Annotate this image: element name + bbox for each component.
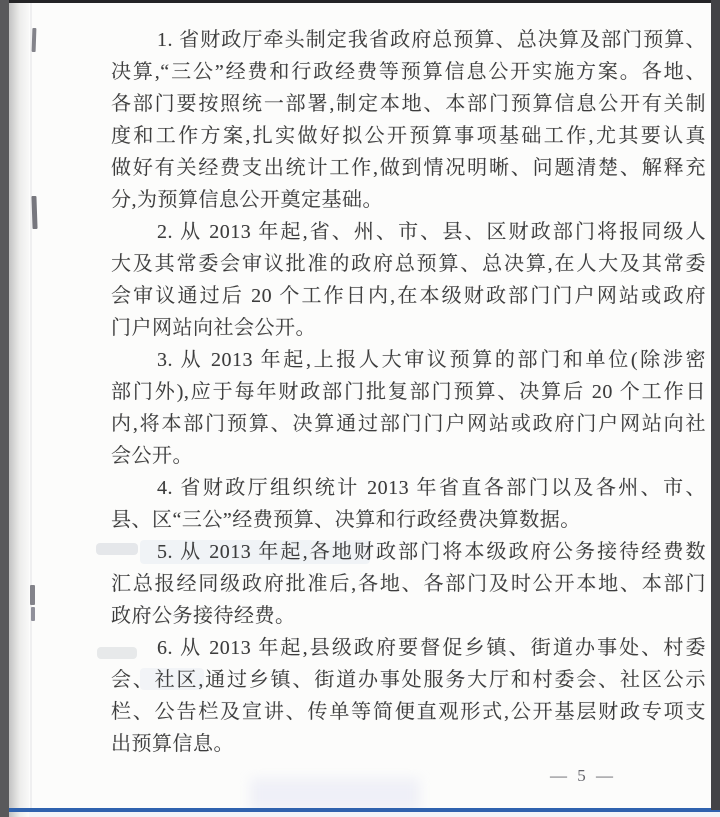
binding-mark bbox=[32, 28, 37, 52]
document-line: 栏、公告栏及宣讲、传单等简便直观形式,公开基层财政专项支 bbox=[111, 696, 706, 728]
page-number: — 5 — bbox=[550, 766, 616, 786]
binding-crease bbox=[30, 0, 32, 817]
document-line: 3. 从 2013 年起,上报人大审议预算的部门和单位(除涉密 bbox=[111, 344, 706, 376]
scan-edge-top bbox=[0, 0, 720, 3]
document-line: 4. 省财政厅组织统计 2013 年省直各部门以及各州、市、 bbox=[111, 472, 706, 504]
scan-edge-right bbox=[711, 0, 720, 810]
document-line: 做好有关经费支出统计工作,做到情况明晰、问题清楚、解释充 bbox=[111, 152, 706, 184]
document-line: 各部门要按照统一部署,制定本地、本部门预算信息公开有关制 bbox=[111, 88, 706, 120]
document-line: 分,为预算信息公开奠定基础。 bbox=[111, 184, 706, 216]
scan-edge-left bbox=[0, 0, 9, 817]
document-line: 内,将本部门预算、决算通过部门门户网站或政府门户网站向社 bbox=[111, 408, 706, 440]
document-line: 会、社区,通过乡镇、街道办事处服务大厅和村委会、社区公示 bbox=[111, 664, 706, 696]
document-line: 出预算信息。 bbox=[111, 728, 706, 760]
document-line: 度和工作方案,扎实做好拟公开预算事项基础工作,尤其要认真 bbox=[111, 120, 706, 152]
scan-smudge bbox=[250, 778, 420, 812]
binding-mark bbox=[31, 196, 37, 229]
document-line: 汇总报经同级政府批准后,各地、各部门及时公开本地、本部门 bbox=[111, 568, 706, 600]
document-line: 会公开。 bbox=[111, 440, 706, 472]
document-line: 县、区“三公”经费预算、决算和行政经费决算数据。 bbox=[111, 504, 706, 536]
window-bottom-gap bbox=[0, 812, 720, 817]
document-line: 1. 省财政厅牵头制定我省政府总预算、总决算及部门预算、 bbox=[111, 24, 706, 56]
document-line: 大及其常委会审议批准的政府总预算、总决算,在人大及其常委 bbox=[111, 248, 706, 280]
document-line: 部门外),应于每年财政部门批复部门预算、决算后 20 个工作日 bbox=[111, 376, 706, 408]
document-text: 1. 省财政厅牵头制定我省政府总预算、总决算及部门预算、 决算,“三公”经费和行… bbox=[111, 24, 706, 760]
scan-shadow-left bbox=[9, 0, 29, 817]
document-line: 2. 从 2013 年起,省、州、市、县、区财政部门将报同级人 bbox=[111, 216, 706, 248]
binding-mark bbox=[31, 607, 35, 621]
document-line: 门户网站向社会公开。 bbox=[111, 312, 706, 344]
binding-mark bbox=[30, 585, 35, 605]
scanned-document-page: 1. 省财政厅牵头制定我省政府总预算、总决算及部门预算、 决算,“三公”经费和行… bbox=[0, 0, 720, 817]
document-line: 决算,“三公”经费和行政经费等预算信息公开实施方案。各地、 bbox=[111, 56, 706, 88]
document-line: 6. 从 2013 年起,县级政府要督促乡镇、街道办事处、村委 bbox=[111, 632, 706, 664]
document-line: 会审议通过后 20 个工作日内,在本级财政部门门户网站或政府 bbox=[111, 280, 706, 312]
document-line: 政府公务接待经费。 bbox=[111, 600, 706, 632]
window-bottom-border bbox=[0, 808, 720, 812]
document-line: 5. 从 2013 年起,各地财政部门将本级政府公务接待经费数 bbox=[111, 536, 706, 568]
